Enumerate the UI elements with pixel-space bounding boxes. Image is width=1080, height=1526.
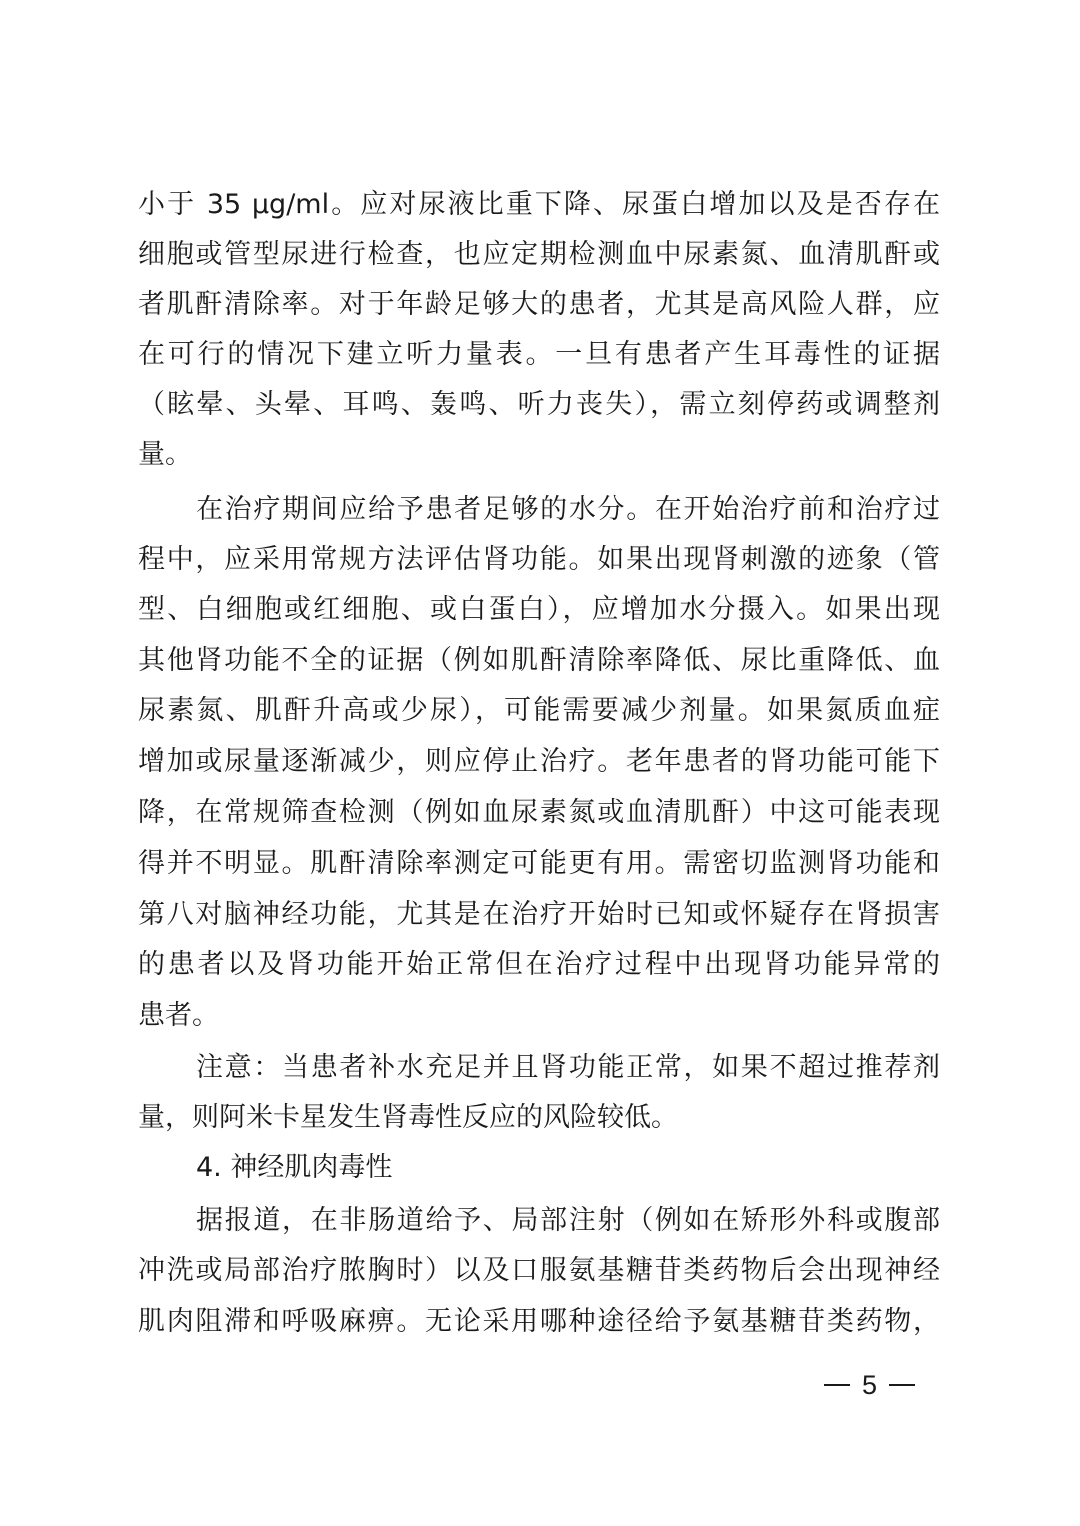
text-line: 量，则阿米卡星发生肾毒性反应的风险较低。	[138, 1093, 940, 1143]
text-line: 型、白细胞或红细胞、或白蛋白），应增加水分摄入。如果出现	[138, 585, 940, 635]
dash-right	[889, 1384, 915, 1386]
section-heading: 4. 神经肌肉毒性	[196, 1143, 940, 1193]
paragraph-first-line: 在治疗期间应给予患者足够的水分。在开始治疗前和治疗过	[196, 485, 940, 535]
text-line: 患者。	[138, 991, 940, 1041]
text-line: 肌肉阻滞和呼吸麻痹。无论采用哪种途径给予氨基糖苷类药物，	[138, 1297, 940, 1347]
text-line: 增加或尿量逐渐减少，则应停止治疗。老年患者的肾功能可能下	[138, 737, 940, 787]
page-number-value: 5	[862, 1365, 877, 1405]
text-line: 量。	[138, 430, 940, 480]
text-line: 的患者以及肾功能开始正常但在治疗过程中出现肾功能异常的	[138, 940, 940, 990]
text-line: 第八对脑神经功能，尤其是在治疗开始时已知或怀疑存在肾损害	[138, 890, 940, 940]
page-number: 5	[824, 1365, 915, 1405]
dash-left	[824, 1384, 850, 1386]
text-line: 细胞或管型尿进行检查，也应定期检测血中尿素氮、血清肌酐或	[138, 230, 940, 280]
text-line: 尿素氮、肌酐升高或少尿），可能需要减少剂量。如果氮质血症	[138, 686, 940, 736]
text-line: 降，在常规筛查检测（例如血尿素氮或血清肌酐）中这可能表现	[138, 788, 940, 838]
text-line: （眩晕、头晕、耳鸣、轰鸣、听力丧失），需立刻停药或调整剂	[138, 380, 940, 430]
text-line: 者肌酐清除率。对于年龄足够大的患者，尤其是高风险人群，应	[138, 280, 940, 330]
text-line: 在可行的情况下建立听力量表。一旦有患者产生耳毒性的证据	[138, 330, 940, 380]
document-page: 小于 35 μg/ml。应对尿液比重下降、尿蛋白增加以及是否存在 细胞或管型尿进…	[0, 0, 1080, 1526]
paragraph-first-line: 据报道，在非肠道给予、局部注射（例如在矫形外科或腹部	[196, 1196, 940, 1246]
text-line: 其他肾功能不全的证据（例如肌酐清除率降低、尿比重降低、血	[138, 636, 940, 686]
text-line: 冲洗或局部治疗脓胸时）以及口服氨基糖苷类药物后会出现神经	[138, 1246, 940, 1296]
text-line: 小于 35 μg/ml。应对尿液比重下降、尿蛋白增加以及是否存在	[138, 180, 940, 230]
note-first-line: 注意：当患者补水充足并且肾功能正常，如果不超过推荐剂	[196, 1043, 940, 1093]
text-line: 程中，应采用常规方法评估肾功能。如果出现肾刺激的迹象（管	[138, 535, 940, 585]
text-line: 得并不明显。肌酐清除率测定可能更有用。需密切监测肾功能和	[138, 839, 940, 889]
